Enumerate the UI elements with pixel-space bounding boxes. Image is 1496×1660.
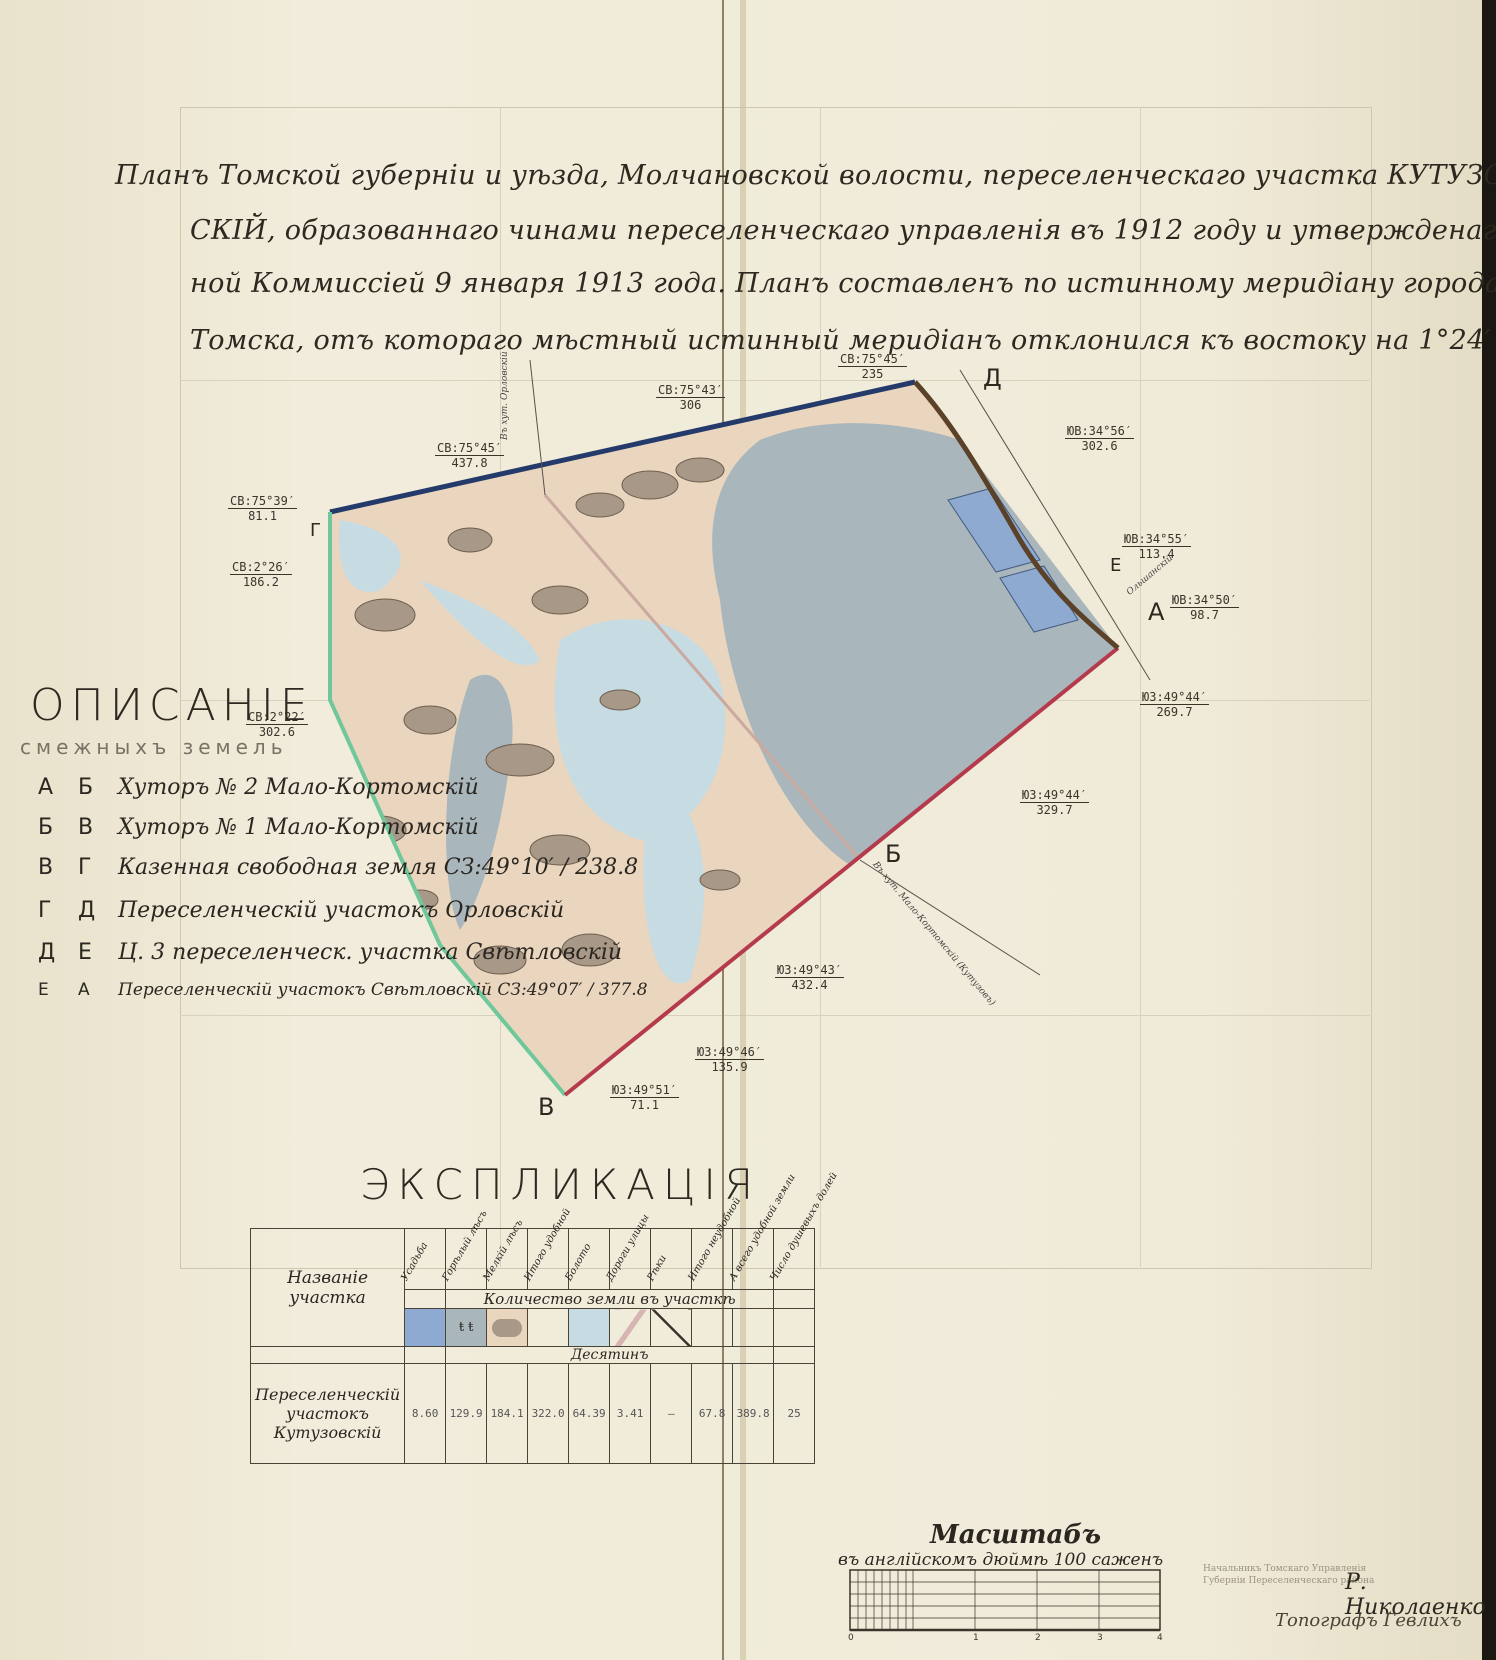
bearing-label: ЮЗ:49°51′71.1 [610, 1083, 679, 1112]
col-header: Рѣки [651, 1229, 692, 1290]
unit-header: Десятинъ [446, 1347, 774, 1364]
legend-swatch-road [610, 1309, 651, 1347]
name-header: Названіе участка [251, 1229, 405, 1347]
bearing-label: ЮВ:34°56′302.6 [1065, 424, 1134, 453]
value-total: 389.8 [733, 1364, 774, 1464]
description-row: ГДПереселенческій участокъ Орловскій [38, 898, 564, 923]
bearing-label: СВ:2°26′186.2 [230, 560, 292, 589]
explication-title: ЭКСПЛИКАЦІЯ [360, 1160, 761, 1209]
value-total-useful: 322.0 [528, 1364, 569, 1464]
legend-swatch-estate [405, 1309, 446, 1347]
corner-label-d: Д [983, 364, 1002, 392]
col-header: Число душевыхъ долей [774, 1229, 815, 1290]
description-subtitle: смежныхъ земель [20, 735, 288, 759]
description-row: ДЕЦ. 3 переселенческ. участка Свѣтловскі… [38, 940, 622, 965]
col-header: Болото [569, 1229, 610, 1290]
road-annotation-north: Въ хут. Орловскій [500, 351, 510, 440]
bearing-label: ЮЗ:49°44′329.7 [1020, 788, 1089, 817]
description-title: ОПИСАНІЕ [30, 680, 314, 731]
legend-swatch-burnt-forest: ŧ ŧ [446, 1309, 487, 1347]
bearing-label: ЮЗ:49°46′135.9 [695, 1045, 764, 1074]
value-estate: 8.60 [405, 1364, 446, 1464]
corner-label-e: Е [1110, 555, 1121, 576]
group-header: Количество земли въ участкѣ [446, 1290, 774, 1309]
col-header: Мелкій лѣсъ [487, 1229, 528, 1290]
topographer-label: Топографъ Гевлихъ [1275, 1610, 1462, 1631]
bearing-label: ЮЗ:49°44′269.7 [1140, 690, 1209, 719]
value-shares: 25 [774, 1364, 815, 1464]
bearing-label: ЮВ:34°50′98.7 [1170, 593, 1239, 622]
legend-swatch-swamp [569, 1309, 610, 1347]
bearing-label: ЮЗ:49°43′432.4 [775, 963, 844, 992]
explication-table: Названіе участка Усадьба Горѣлый лѣсъ Ме… [250, 1228, 815, 1464]
value-shrub: 184.1 [487, 1364, 528, 1464]
col-header: Усадьба [405, 1229, 446, 1290]
col-header: Горѣлый лѣсъ [446, 1229, 487, 1290]
legend-swatch-shrub [487, 1309, 528, 1347]
bearing-label: СВ:75°45′235 [838, 352, 907, 381]
value-total-useless: 67.8 [692, 1364, 733, 1464]
value-roads: 3.41 [610, 1364, 651, 1464]
corner-label-a: А [1148, 598, 1164, 626]
description-row: ВГКазенная свободная земля СЗ:49°10′ / 2… [38, 855, 638, 880]
scale-title: Масштабъ [930, 1520, 1101, 1550]
col-header: А всего удобной земли [733, 1229, 774, 1290]
legend-swatch-river [651, 1309, 692, 1347]
description-row: БВХуторъ № 1 Мало-Кортомскій [38, 815, 479, 840]
legend-swatch-empty [528, 1309, 569, 1347]
value-burnt-forest: 129.9 [446, 1364, 487, 1464]
corner-label-b: Б [885, 840, 901, 868]
bearing-label: СВ:75°39′81.1 [228, 494, 297, 523]
col-header: Итого неудобной [692, 1229, 733, 1290]
table-row: Переселенческій участокъ Кутузовскій 8.6… [251, 1364, 815, 1464]
corner-label-g: Г [310, 520, 321, 541]
scale-bar [845, 1565, 1175, 1645]
value-swamp: 64.39 [569, 1364, 610, 1464]
bearing-label: СВ:75°45′437.8 [435, 441, 504, 470]
corner-label-v: В [538, 1093, 554, 1121]
col-header: Итого удобной [528, 1229, 569, 1290]
plot-name: Переселенческій участокъ Кутузовскій [251, 1364, 405, 1464]
bearing-label: ЮВ:34°55′113.4 [1122, 532, 1191, 561]
description-row: АБХуторъ № 2 Мало-Кортомскій [38, 775, 479, 800]
bearing-label: СВ:75°43′306 [656, 383, 725, 412]
description-row: ЕАПереселенческій участокъ Свѣтловскій С… [38, 980, 648, 1000]
col-header: Дороги улицы [610, 1229, 651, 1290]
value-rivers: — [651, 1364, 692, 1464]
